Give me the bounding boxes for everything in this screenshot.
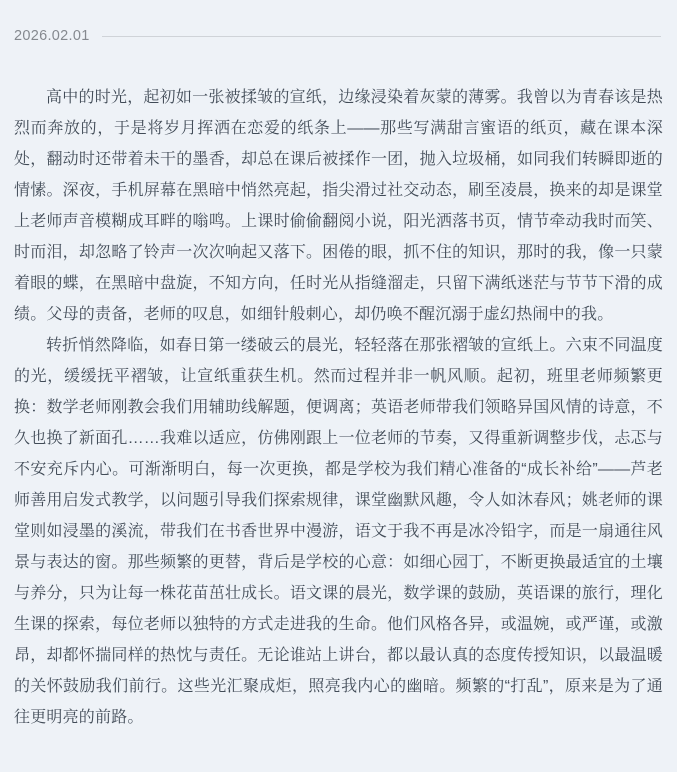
essay-content: 高中的时光，起初如一张被揉皱的宣纸，边缘浸染着灰蒙的薄雾。我曾以为青春该是热烈而… [0,82,677,733]
page-header: 2026.02.01 [0,0,677,44]
essay-paragraph-1: 高中的时光，起初如一张被揉皱的宣纸，边缘浸染着灰蒙的薄雾。我曾以为青春该是热烈而… [14,82,663,330]
essay-paragraph-2: 转折悄然降临，如春日第一缕破云的晨光，轻轻落在那张褶皱的宣纸上。六束不同温度的光… [14,330,663,733]
date-label: 2026.02.01 [14,28,90,44]
essay-page: 2026.02.01 高中的时光，起初如一张被揉皱的宣纸，边缘浸染着灰蒙的薄雾。… [0,0,677,772]
header-divider-line [102,36,661,37]
